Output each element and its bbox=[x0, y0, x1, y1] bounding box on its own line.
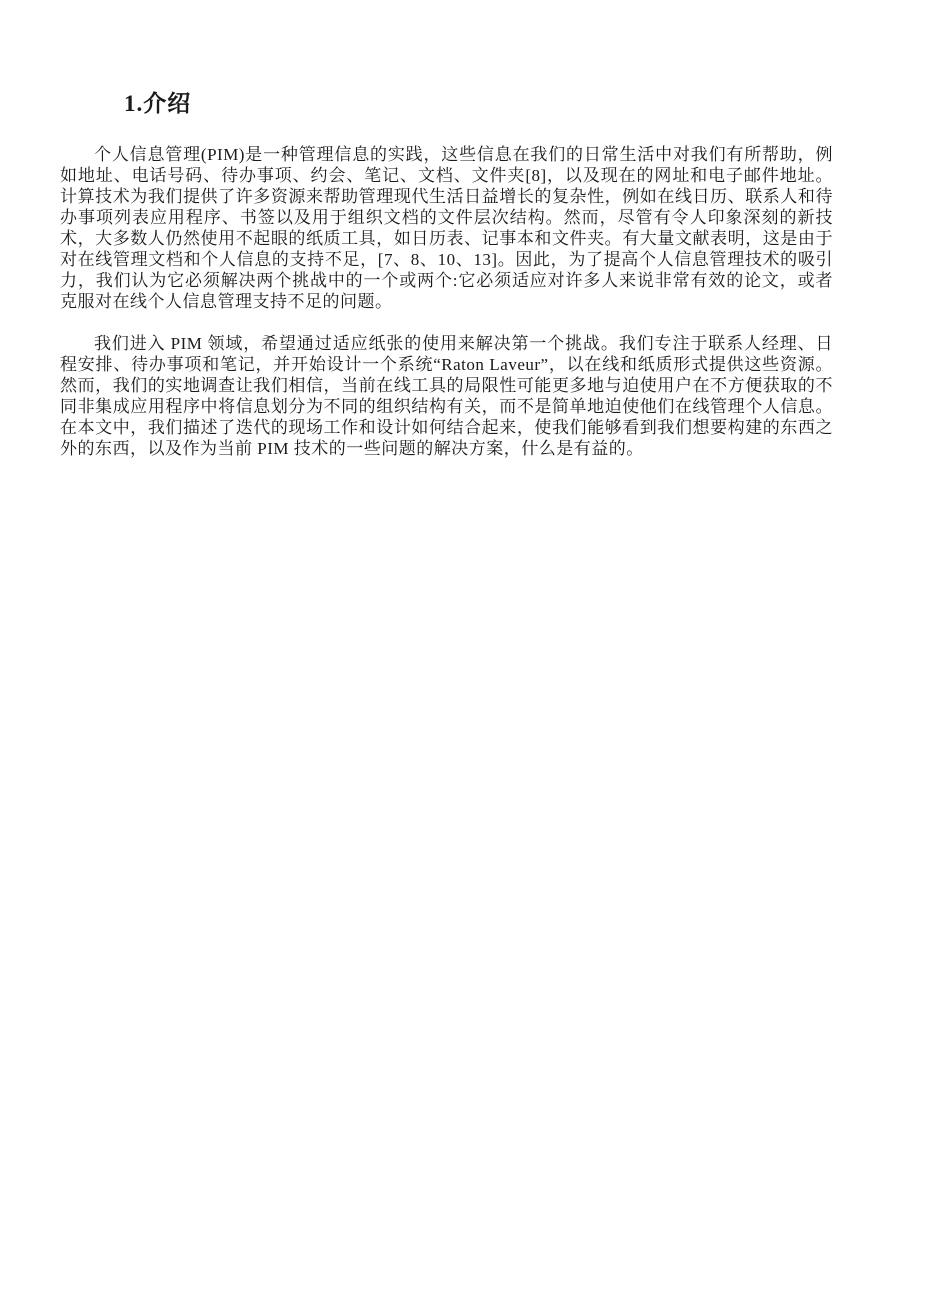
section-heading: 1.介绍 bbox=[124, 0, 926, 116]
document-page: 1.介绍 个人信息管理(PIM)是一种管理信息的实践，这些信息在我们的日常生活中… bbox=[0, 0, 926, 1309]
paragraph-intro-2: 我们进入 PIM 领域，希望通过适应纸张的使用来解决第一个挑战。我们专注于联系人… bbox=[60, 333, 833, 459]
paragraph-intro-1: 个人信息管理(PIM)是一种管理信息的实践，这些信息在我们的日常生活中对我们有所… bbox=[60, 144, 833, 312]
